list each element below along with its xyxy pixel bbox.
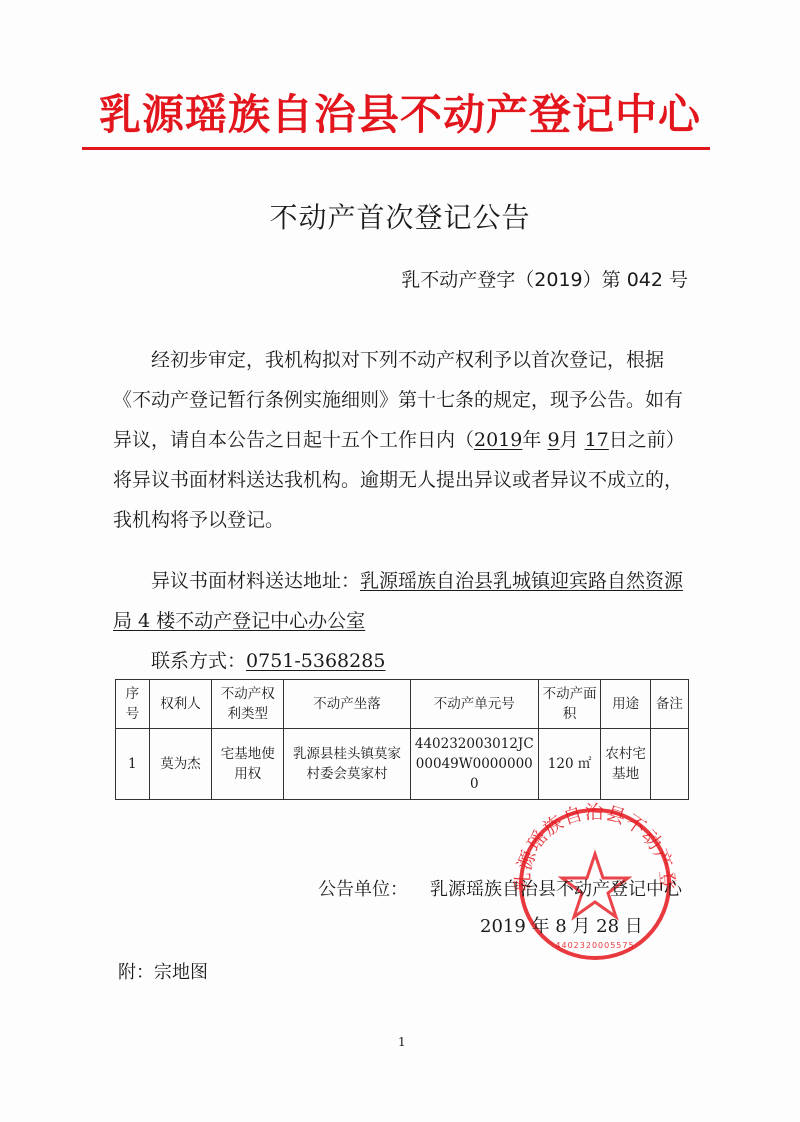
issue-date: 2019 年 8 月 28 日 <box>480 912 643 938</box>
table-row: 1 莫为杰 宅基地使用权 乳源县桂头镇莫家村委会莫家村 440232003012… <box>116 729 689 800</box>
cell-seq: 1 <box>116 729 150 800</box>
cell-usage: 农村宅基地 <box>601 729 650 800</box>
cell-area: 120 ㎡ <box>538 729 601 800</box>
header-usage: 用途 <box>601 680 650 729</box>
cell-owner: 莫为杰 <box>149 729 212 800</box>
cell-remark <box>650 729 688 800</box>
page-number: 1 <box>398 1035 406 1049</box>
header-location: 不动产坐落 <box>284 680 411 729</box>
contact-info: 联系方式：0751-5368285 <box>113 641 693 681</box>
notice-paragraph: 经初步审定，我机构拟对下列不动产权利予以首次登记，根据《不动产登记暂行条例实施细… <box>113 340 693 540</box>
header-unit-no: 不动产单元号 <box>410 680 538 729</box>
contact-label: 联系方式： <box>151 650 246 672</box>
deadline-month: 9 <box>547 429 559 451</box>
cell-unit-no: 440232003012JC00049W00000000 <box>410 729 538 800</box>
month-label: 月 <box>560 429 579 451</box>
svg-text:4402320005575: 4402320005575 <box>555 941 634 950</box>
attachment-note: 附：宗地图 <box>118 958 208 984</box>
notice-title: 不动产首次登记公告 <box>0 196 800 236</box>
header-area: 不动产面积 <box>538 680 601 729</box>
deadline-year: 2019 <box>474 429 522 451</box>
registration-table: 序号 权利人 不动产权利类型 不动产坐落 不动产单元号 不动产面积 用途 备注 … <box>115 679 689 800</box>
issuing-unit: 公告单位：乳源瑶族自治县不动产登记中心 <box>318 875 682 901</box>
address-label: 异议书面材料送达地址： <box>151 570 360 592</box>
header-right-type: 不动产权利类型 <box>212 680 284 729</box>
deadline-day: 17 <box>585 429 609 451</box>
table-header-row: 序号 权利人 不动产权利类型 不动产坐落 不动产单元号 不动产面积 用途 备注 <box>116 680 689 729</box>
letterhead-red-rule <box>82 147 710 150</box>
header-seq: 序号 <box>116 680 150 729</box>
letterhead-org-name: 乳源瑶族自治县不动产登记中心 <box>0 82 800 142</box>
cell-location: 乳源县桂头镇莫家村委会莫家村 <box>284 729 411 800</box>
year-label: 年 <box>522 429 541 451</box>
objection-address: 异议书面材料送达地址：乳源瑶族自治县乳城镇迎宾路自然资源局 4 楼不动产登记中心… <box>113 561 693 641</box>
document-number: 乳不动产登字（2019）第 042 号 <box>401 265 688 292</box>
header-owner: 权利人 <box>149 680 212 729</box>
header-remark: 备注 <box>650 680 688 729</box>
issuing-unit-name: 乳源瑶族自治县不动产登记中心 <box>430 879 682 900</box>
contact-phone: 0751-5368285 <box>246 650 385 672</box>
issuing-unit-label: 公告单位： <box>318 879 408 900</box>
cell-right-type: 宅基地使用权 <box>212 729 284 800</box>
